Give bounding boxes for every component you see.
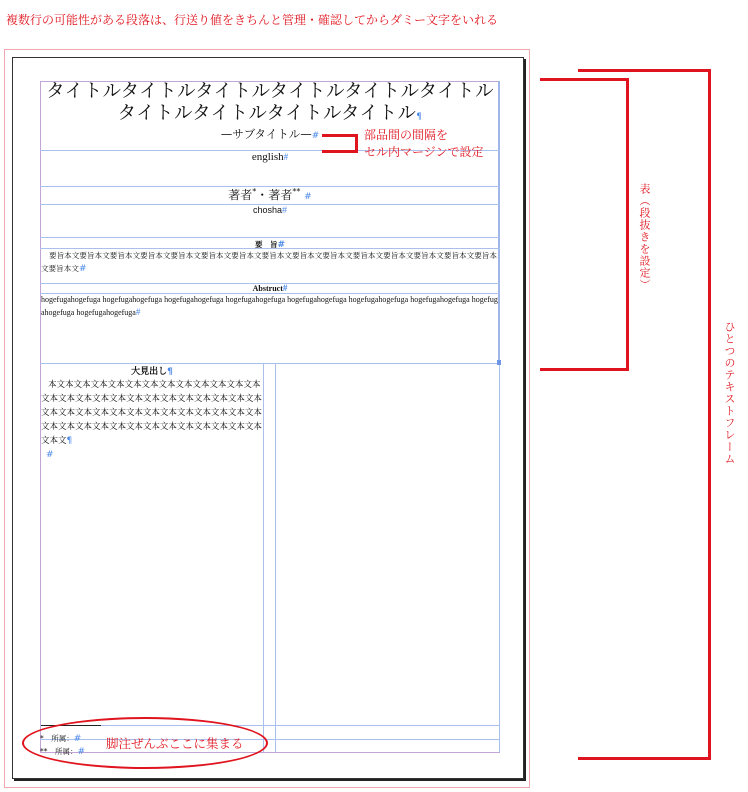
footnote-note: 脚注ぜんぶここに集まる: [106, 734, 244, 752]
abstract-body: hogefugahogefuga hogefugahogefuga hogefu…: [41, 293, 501, 319]
abstract-heading: Abstruct#: [41, 283, 499, 293]
body-text: 本文本文本文本文本文本文本文本文本文本文本文本文本文本文本文本文本文本文本文本文…: [41, 378, 264, 448]
document-title: タイトルタイトルタイトルタイトルタイトルタイトルタイトルタイトルタイトルタイトル…: [41, 81, 499, 128]
section-heading: 大見出し¶: [41, 364, 263, 377]
summary-body: 要旨本文要旨本文要旨本文要旨本文要旨本文要旨本文要旨本文要旨本文要旨本文要旨本文…: [41, 249, 501, 276]
table-label: 表（段抜きを設定）: [636, 183, 652, 291]
story-end-mark: #: [46, 450, 54, 460]
authors-romaji: chosha#: [41, 205, 499, 215]
authors: 著者*・著者** #: [41, 186, 499, 203]
instruction-note: 複数行の可能性がある段落は、行送り値をきちんと管理・確認してからダミー文字をいれ…: [6, 11, 498, 28]
margin-note: 部品間の間隔を セル内マージンで設定: [364, 127, 483, 161]
frame-label: ひとつのテキストフレーム: [721, 321, 737, 465]
